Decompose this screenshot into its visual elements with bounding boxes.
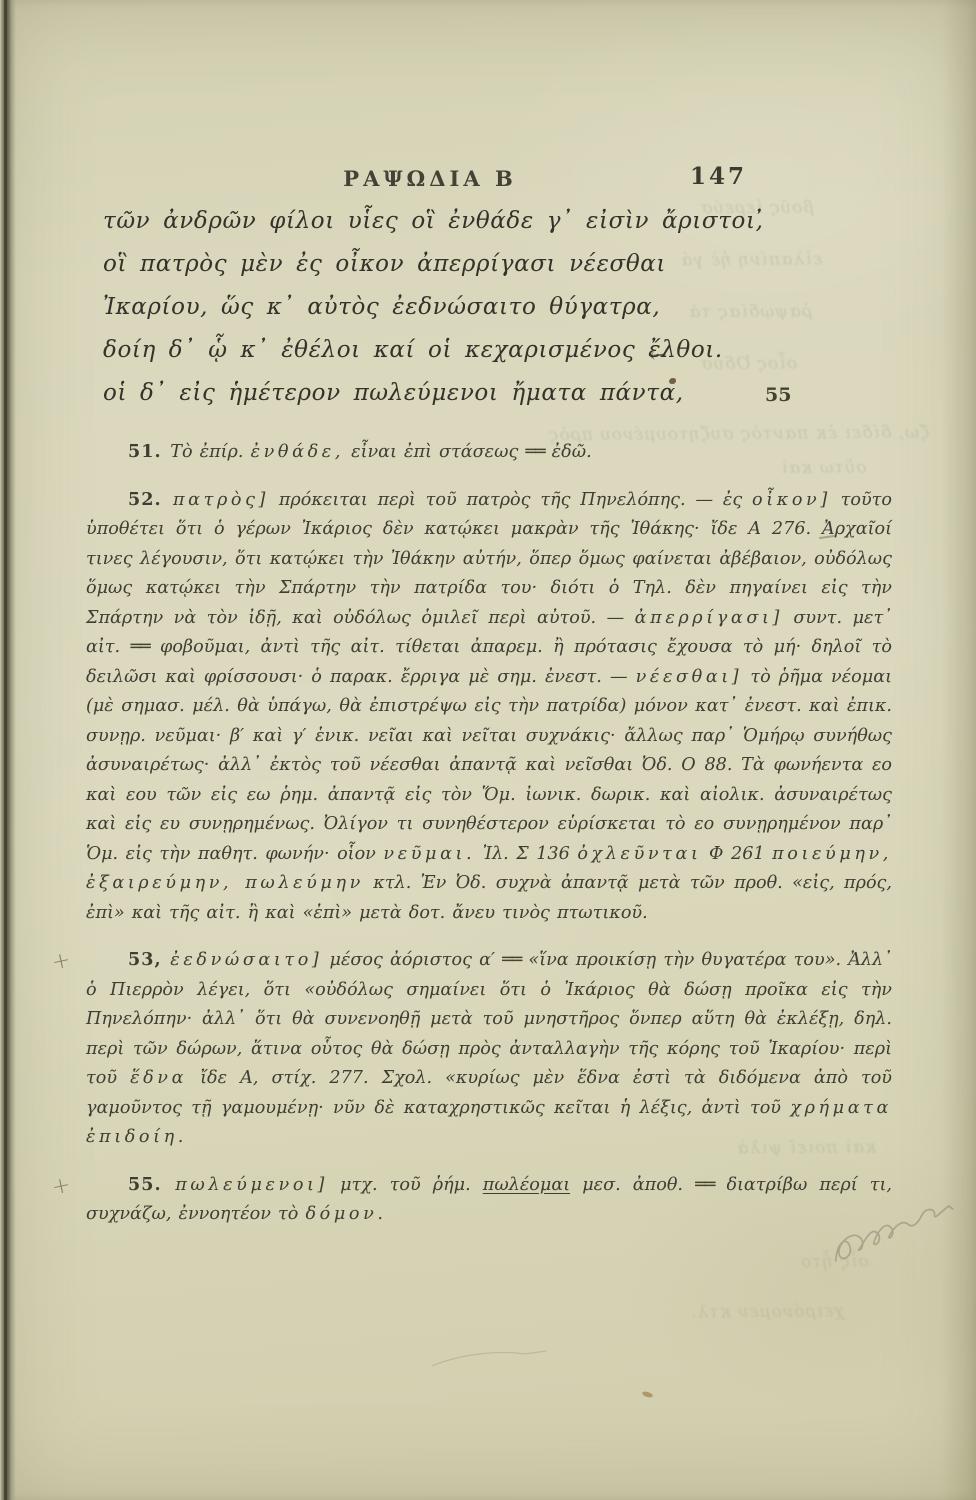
verse-line-text: δοίη δ᾽ ᾧ κ᾽ ἐθέλοι καί οἱ κεχαρισμένος … — [103, 337, 723, 363]
note-segment: 51. — [128, 441, 170, 462]
pencil-stray-stroke — [430, 1348, 550, 1370]
note-51: 51. Τὸ ἐπίρ. ἐνθάδε, εἶναι ἐπὶ στάσεως ═… — [86, 437, 892, 468]
note-segment: ἐνθάδε, — [251, 442, 344, 462]
verse-line: Ἰκαρίου, ὥς κ᾽ αὐτὸς ἐεδνώσαιτο θύγατρα, — [103, 286, 843, 329]
note-segment: ἕδνα — [130, 1068, 187, 1088]
note-segment: ══ — [695, 1175, 714, 1195]
verse-line: οἳ πατρὸς μὲν ἐς οἶκον ἀπερρίγασι νέεσθα… — [103, 243, 843, 286]
verse-line-text: οἳ πατρὸς μὲν ἐς οἶκον ἀπερρίγασι νέεσθα… — [103, 251, 666, 277]
note-segment: 55. — [128, 1174, 175, 1195]
show-through-text: χειρόνομεν κτλ. — [690, 1301, 845, 1322]
note-segment: Φ 261 — [702, 844, 773, 864]
note-segment: ὀχλεῦνται — [577, 844, 701, 864]
gutter-shadow-line — [4, 0, 7, 1500]
note-segment: 53, — [128, 949, 170, 970]
note-segment: Τὸ ἐπίρ. — [170, 442, 250, 462]
note-segment: ἐεδνώσαιτο] — [170, 950, 322, 970]
note-segment: εἶναι ἐπὶ στάσεως — [344, 442, 525, 462]
note-segment: νεῦμαι. — [383, 844, 475, 864]
note-segment: πωλέομαι — [483, 1175, 570, 1195]
book-gutter-edge — [0, 0, 16, 1500]
note-segment: ἴδε Α, στίχ. 277. Σχολ. «κυρίως μὲν ἕδνα… — [86, 1068, 892, 1118]
note-segment: μέσος ἀόριστος α′ — [322, 950, 502, 970]
note-53: +53, ἐεδνώσαιτο] μέσος ἀόριστος α′ ══ «ἵ… — [86, 945, 892, 1153]
note-segment: πατρὸς] — [173, 490, 269, 510]
note-segment: Ἰλ. Σ 136 — [475, 844, 577, 864]
note-segment: μεσ. ἀποθ. — [570, 1175, 695, 1195]
note-segment: ══ — [525, 442, 544, 462]
note-segment: ἀπερρίγασι] — [635, 608, 783, 628]
note-segment: οἶκον] — [752, 490, 831, 510]
note-segment: ══ — [130, 637, 149, 657]
running-header-title: ΡΑΨΩΔΙΑ Β — [300, 166, 560, 191]
scanned-book-page: βοῦς ἱερεύσεἰλαπίνη ἠὲ γάῥαψῳδίας τὰοἷος… — [0, 0, 976, 1500]
verse-line: δοίη δ᾽ ᾧ κ᾽ ἐθέλοι καί οἱ κεχαρισμένος … — [103, 329, 843, 372]
note-segment: ἐδῶ. — [545, 442, 592, 462]
verse-line-text: τῶν ἀνδρῶν φίλοι υἷες οἳ ἐνθάδε γ᾽ εἰσὶν… — [103, 208, 764, 234]
note-segment: νέεσθαι] — [636, 667, 743, 687]
verse-line: τῶν ἀνδρῶν φίλοι υἷες οἳ ἐνθάδε γ᾽ εἰσὶν… — [103, 200, 843, 243]
note-52: 52. πατρὸς] πρόκειται περὶ τοῦ πατρὸς τῆ… — [86, 485, 892, 929]
verse-line: οἱ δ᾽ εἰς ἡμέτερον πωλεύμενοι ἤματα πάντ… — [103, 372, 843, 415]
verse-line-text: Ἰκαρίου, ὥς κ᾽ αὐτὸς ἐεδνώσαιτο θύγατρα, — [103, 294, 660, 320]
page-right-shade — [942, 0, 976, 1500]
paper-fleck — [641, 1390, 653, 1398]
note-segment: πωλεύμενοι] — [175, 1175, 328, 1195]
verse-line-number: 55 — [765, 374, 791, 417]
margin-plus-mark: + — [49, 945, 73, 978]
note-segment: τὸ ῥῆμα νέομαι (μὲ σημασ. μέλ. θὰ ὑπάγω,… — [86, 667, 892, 864]
note-segment: μτχ. τοῦ ῥήμ. — [328, 1175, 483, 1195]
margin-plus-mark: + — [49, 1170, 73, 1203]
page-number: 147 — [690, 163, 747, 190]
note-segment: ══ — [502, 950, 521, 970]
note-55: +55. πωλεύμενοι] μτχ. τοῦ ῥήμ. πωλέομαι … — [86, 1170, 892, 1230]
notes-block: 51. Τὸ ἐπίρ. ἐνθάδε, εἶναι ἐπὶ στάσεως ═… — [86, 437, 892, 1230]
note-segment: δόμον. — [305, 1204, 386, 1224]
note-segment: πρόκειται περὶ τοῦ πατρὸς τῆς Πηνελόπης.… — [269, 490, 752, 510]
note-segment: 52. — [128, 489, 173, 510]
verse-line-text: οἱ δ᾽ εἰς ἡμέτερον πωλεύμενοι ἤματα πάντ… — [103, 380, 684, 406]
verse-block: ← τῶν ἀνδρῶν φίλοι υἷες οἳ ἐνθάδε γ᾽ εἰσ… — [103, 200, 843, 415]
